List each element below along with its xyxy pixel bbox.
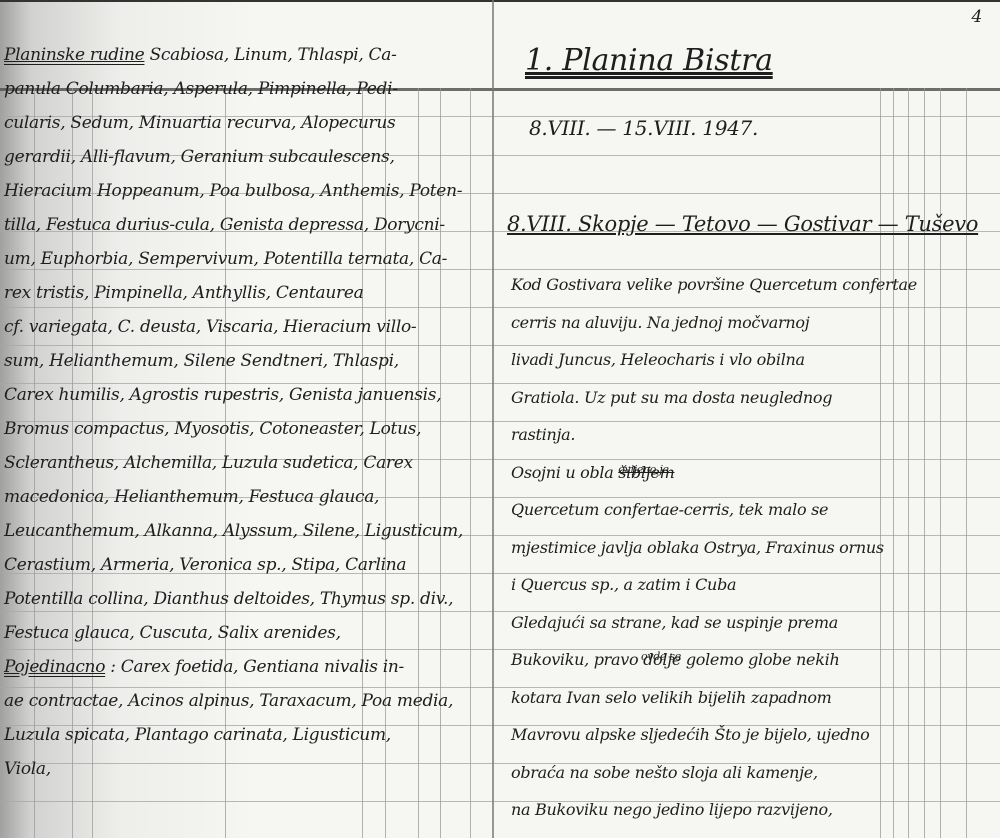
list-line: um, Euphorbia, Sempervivum, Potentilla t… xyxy=(4,242,494,276)
note-line: mjestimice javlja oblaka Ostrya, Fraxinu… xyxy=(505,529,995,567)
note-line: rastinja. xyxy=(505,416,995,454)
note-line: Osojni u obla ovijeno je šibljem xyxy=(505,454,995,492)
list-line: Festuca glauca, Cuscuta, Salix arenides, xyxy=(4,616,494,650)
note-line: Gratiola. Uz put su ma dosta neuglednog xyxy=(505,379,995,417)
list-line: Carex humilis, Agrostis rupestris, Genis… xyxy=(4,378,494,412)
list-line: gerardii, Alli-flavum, Geranium subcaule… xyxy=(4,140,494,174)
list-line: sum, Helianthemum, Silene Sendtneri, Thl… xyxy=(4,344,494,378)
section-heading-individual: Pojedinacno xyxy=(4,657,105,677)
inserted-text: ovde se xyxy=(641,638,681,676)
note-line: livadi Juncus, Heleocharis i vlo obilna xyxy=(505,341,995,379)
list-line: rex tristis, Pimpinella, Anthyllis, Cent… xyxy=(4,276,494,310)
note-line: Gledajući sa strane, kad se uspinje prem… xyxy=(505,604,995,642)
list-line: Luzula spicata, Plantago carinata, Ligus… xyxy=(4,718,494,752)
page-top-edge xyxy=(0,0,1000,2)
expedition-dates: 8.VIII. — 15.VIII. 1947. xyxy=(505,108,995,148)
note-line: i Quercus sp., a zatim i Cuba xyxy=(505,566,995,604)
inserted-text: ovijeno je xyxy=(618,451,668,489)
list-line: Planinske rudine Scabiosa, Linum, Thlasp… xyxy=(4,38,494,72)
list-line: ae contractae, Acinos alpinus, Taraxacum… xyxy=(4,684,494,718)
note-line: kotara Ivan selo velikih bijelih zapadno… xyxy=(505,679,995,717)
page-number: 4 xyxy=(971,0,982,34)
list-line: Leucanthemum, Alkanna, Alyssum, Silene, … xyxy=(4,514,494,548)
notebook-page: 4 Planinske rudine Scabiosa, Linum, Thla… xyxy=(0,0,1000,838)
list-line: Hieracium Hoppeanum, Poa bulbosa, Anthem… xyxy=(4,174,494,208)
list-line: panula Columbaria, Asperula, Pimpinella,… xyxy=(4,72,494,106)
notes-body: Kod Gostivara velike površine Quercetum … xyxy=(505,266,995,829)
note-line: ovde se Bukoviku, pravo dolje golemo glo… xyxy=(505,641,995,679)
correction: ovijeno je šibljem xyxy=(618,463,674,482)
list-line: Sclerantheus, Alchemilla, Luzula sudetic… xyxy=(4,446,494,480)
list-line: Pojedinacno : Carex foetida, Gentiana ni… xyxy=(4,650,494,684)
list-line: Cerastium, Armeria, Veronica sp., Stipa,… xyxy=(4,548,494,582)
note-line: na Bukoviku nego jedino lijepo razvijeno… xyxy=(505,791,995,829)
note-line: Mavrovu alpske sljedećih Što je bijelo, … xyxy=(505,716,995,754)
route-heading: 8.VIII. Skopje — Tetovo — Gostivar — Tuš… xyxy=(505,204,995,244)
list-text: Scabiosa, Linum, Thlaspi, Ca- xyxy=(150,45,397,65)
note-line: obraća na sobe nešto sloja ali kamenje, xyxy=(505,754,995,792)
page-title: 1. Planina Bistra xyxy=(505,38,995,84)
species-list-column: Planinske rudine Scabiosa, Linum, Thlasp… xyxy=(4,38,494,786)
note-text: Osojni u obla xyxy=(511,463,613,482)
list-line: macedonica, Helianthemum, Festuca glauca… xyxy=(4,480,494,514)
note-line: Kod Gostivara velike površine Quercetum … xyxy=(505,266,995,304)
list-line: cularis, Sedum, Minuartia recurva, Alope… xyxy=(4,106,494,140)
note-line: cerris na aluviju. Na jednoj močvarnoj xyxy=(505,304,995,342)
section-heading-alpine-meadows: Planinske rudine xyxy=(4,45,144,65)
list-line: cf. variegata, C. deusta, Viscaria, Hier… xyxy=(4,310,494,344)
list-line: Potentilla collina, Dianthus deltoides, … xyxy=(4,582,494,616)
list-line: Bromus compactus, Myosotis, Cotoneaster,… xyxy=(4,412,494,446)
note-line: Quercetum confertae-cerris, tek malo se xyxy=(505,491,995,529)
field-notes-column: 1. Planina Bistra 8.VIII. — 15.VIII. 194… xyxy=(505,38,995,829)
list-line: Viola, xyxy=(4,752,494,786)
list-text: : Carex foetida, Gentiana nivalis in- xyxy=(110,657,404,677)
list-line: tilla, Festuca durius-cula, Genista depr… xyxy=(4,208,494,242)
